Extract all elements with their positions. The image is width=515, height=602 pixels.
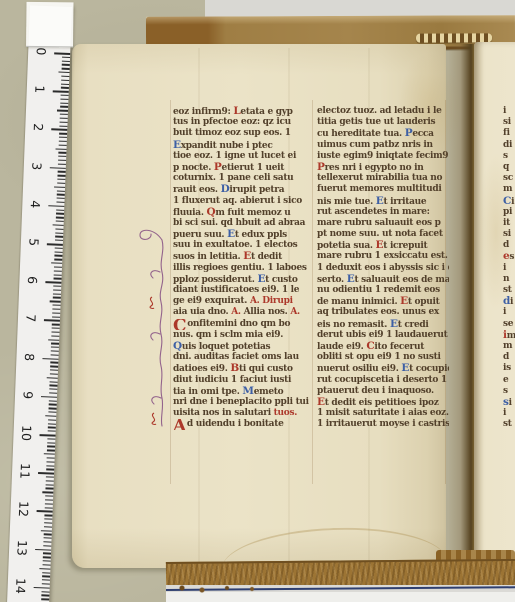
ruler-mm-tick bbox=[50, 369, 58, 371]
manuscript-page: eoz infirm9: Letata e gyptus in pfectoe … bbox=[72, 44, 446, 568]
ruler-mm-tick bbox=[41, 591, 49, 593]
ruler-number: 2 bbox=[30, 117, 46, 138]
ruler-mm-tick bbox=[55, 236, 63, 238]
text-segment: t dedit bbox=[251, 252, 282, 262]
manuscript-text-line: se bbox=[503, 319, 515, 330]
manuscript-text-line: Et dedit eis petitioes ipoz bbox=[317, 397, 449, 408]
ruler-mm-tick bbox=[61, 83, 69, 85]
manuscript-text-line: aq tribulates eos. unus ex bbox=[317, 307, 449, 318]
manuscript-text-line: laude ei9. Cito fecerut bbox=[317, 341, 449, 352]
colored-initial: E bbox=[390, 319, 398, 330]
text-segment: s bbox=[503, 386, 508, 396]
manuscript-text-line: pi bbox=[503, 207, 515, 218]
manuscript-text-line: Expandit nube i ptec bbox=[173, 140, 313, 151]
text-segment: m bbox=[503, 341, 512, 351]
ruler-mm-tick bbox=[44, 537, 52, 539]
text-segment: st bbox=[503, 419, 512, 429]
text-segment: n bbox=[503, 274, 509, 284]
manuscript-text-line: diant iustificatoes ei9. 1 le bbox=[173, 285, 313, 296]
ruler-mm-tick bbox=[46, 484, 54, 486]
ruler-number: 7 bbox=[23, 308, 39, 329]
ruler-mm-tick bbox=[46, 465, 54, 467]
manuscript-text-line: 1 misit saturitate i aias eoz. bbox=[317, 408, 449, 419]
manuscript-text-line: iuste egim9 iniqtate fecim9. bbox=[317, 151, 449, 162]
manuscript-text-line: s bbox=[503, 386, 515, 397]
text-segment: t credi bbox=[398, 320, 429, 330]
ruler-mm-tick bbox=[51, 350, 59, 352]
manuscript-text-line: tia in omi tpe. Memeto bbox=[173, 386, 313, 397]
text-segment: t dedit eis petitioes ipoz bbox=[325, 398, 439, 408]
ruler-cm-tick bbox=[34, 587, 50, 589]
text-segment: nu odientiu 1 redemit eos bbox=[317, 285, 440, 295]
ruler-mm-tick bbox=[60, 121, 68, 123]
text-segment: i bbox=[503, 106, 506, 116]
ruler-mm-tick bbox=[41, 530, 52, 532]
debris-specks bbox=[172, 585, 262, 593]
text-segment: ti qui custo bbox=[239, 364, 293, 374]
ruler-mm-tick bbox=[47, 457, 55, 459]
manuscript-text-line: s bbox=[503, 151, 515, 162]
manuscript-text-line: illis regioes gentiu. 1 laboes bbox=[173, 263, 313, 274]
colored-initial: E bbox=[257, 274, 265, 285]
text-segment: st bbox=[503, 285, 512, 295]
colored-initial: A. bbox=[231, 307, 241, 317]
ruler-mm-tick bbox=[56, 221, 64, 223]
ruler-mm-tick bbox=[53, 286, 61, 288]
manuscript-text-line: tellexerut mirabilia tua no bbox=[317, 173, 449, 184]
manuscript-text-line: nis mie tue. Et irritaue bbox=[317, 196, 449, 207]
ruler-mm-tick bbox=[51, 335, 59, 337]
manuscript-text-line: derut ubis ei9 1 laudauerut bbox=[317, 330, 449, 341]
text-segment: Allia nos. bbox=[241, 307, 291, 317]
manuscript-text-line: nri dne i beneplacito ppli tui bbox=[173, 397, 313, 408]
ruler-mm-tick bbox=[44, 515, 52, 517]
text-segment: di bbox=[503, 140, 512, 150]
ruler-mm-tick bbox=[41, 599, 49, 601]
manuscript-text-line: uisita nos in salutari tuos. bbox=[173, 408, 313, 419]
ruler-mm-tick bbox=[60, 106, 68, 108]
manuscript-text-line: Ci bbox=[503, 196, 515, 207]
text-segment: m fuit memoz u bbox=[215, 208, 290, 218]
manuscript-text-line: eoz infirm9: Letata e gyp bbox=[173, 106, 313, 117]
text-segment: rut cocupiscetia i deserto 1 te bbox=[317, 375, 449, 385]
text-segment: iuste egim9 iniqtate fecim9. bbox=[317, 151, 449, 161]
manuscript-text-line: titia getis tue ut lauderis bbox=[317, 117, 449, 128]
ruler-number: 1 bbox=[32, 79, 48, 100]
text-segment: coturnix. 1 pane celi satu bbox=[173, 173, 293, 183]
text-segment: dni. auditas faciet oms lau bbox=[173, 352, 299, 362]
ruler-mm-tick bbox=[58, 163, 66, 165]
ruler-mm-tick bbox=[58, 152, 66, 154]
text-segment: eis no remasit. bbox=[317, 320, 390, 330]
ruler-mm-tick bbox=[54, 255, 62, 257]
ruler-mm-tick bbox=[58, 171, 66, 173]
ruler-mm-tick bbox=[60, 114, 68, 116]
colored-initial: A. Dirupi bbox=[250, 296, 293, 306]
text-segment: ptauerut deu i inaquoso. bbox=[317, 386, 434, 396]
manuscript-text-line: fi bbox=[503, 128, 515, 139]
ruler-mm-tick bbox=[46, 476, 54, 478]
manuscript-text-line: di bbox=[503, 140, 515, 151]
text-segment: serto. bbox=[317, 275, 347, 285]
ruler-mm-tick bbox=[58, 156, 66, 158]
text-segment: datioes ei9. bbox=[173, 364, 230, 374]
text-segment: titia getis tue ut lauderis bbox=[317, 117, 435, 127]
ruler-mm-tick bbox=[57, 190, 65, 192]
ruler-cm-tick bbox=[51, 129, 67, 131]
ruler-mm-tick bbox=[58, 72, 69, 74]
text-segment: p nocte. bbox=[173, 163, 214, 173]
manuscript-text-line: Confitemini dno qm bo bbox=[173, 319, 313, 330]
manuscript-text-line: serto. Et saluauit eos de ma bbox=[317, 274, 449, 285]
text-segment: t custo bbox=[265, 275, 297, 285]
ruler-mm-tick bbox=[47, 450, 55, 452]
manuscript-text-line: mare rubru 1 exsiccatu est. bbox=[317, 251, 449, 262]
manuscript-text-line: i bbox=[503, 408, 515, 419]
text-segment: uis loquet potetias bbox=[182, 342, 270, 352]
ruler-mm-tick bbox=[52, 308, 60, 310]
text-segment: it bbox=[503, 218, 510, 228]
ruler-cm-tick bbox=[48, 205, 64, 207]
text-segment: 1 irritauerut moyse i castris bbox=[317, 419, 449, 429]
ruler-cm-tick bbox=[47, 243, 63, 245]
ruler-mm-tick bbox=[41, 595, 49, 597]
ruler-mm-tick bbox=[43, 541, 51, 543]
text-segment: tia in omi tpe. bbox=[173, 387, 242, 397]
text-segment: bi sci sui. qd hbuit ad abraa bbox=[173, 218, 305, 228]
text-segment: i bbox=[503, 307, 506, 317]
ruler-mm-tick bbox=[47, 377, 58, 379]
ruler-number: 4 bbox=[28, 194, 44, 215]
ruler-mm-tick bbox=[53, 224, 64, 226]
text-segment: pt nome suu. ut nota facet bbox=[317, 229, 443, 239]
ruler-mm-tick bbox=[59, 125, 67, 127]
ruler-mm-tick bbox=[58, 160, 66, 162]
text-segment: de manu inimici. bbox=[317, 297, 400, 307]
ruler-mm-tick bbox=[51, 331, 59, 333]
text-segment: t cocupie bbox=[409, 364, 449, 374]
ruler-number: 5 bbox=[26, 232, 42, 253]
manuscript-text-line: e bbox=[503, 375, 515, 386]
ruler-mm-tick bbox=[55, 232, 63, 234]
text-segment: suu in exultatoe. 1 electos bbox=[173, 240, 297, 250]
text-segment: diut iudiciu 1 faciut iusti bbox=[173, 375, 291, 385]
ruler-mm-tick bbox=[45, 495, 53, 497]
text-segment: ge ei9 exquirat. bbox=[173, 296, 250, 306]
ruler-cm-tick bbox=[45, 281, 61, 283]
ruler-mm-tick bbox=[59, 137, 67, 139]
text-segment: t edux ppls bbox=[235, 230, 287, 240]
text-segment: m bbox=[503, 184, 512, 194]
ruler-number: 9 bbox=[20, 385, 36, 406]
colored-initial: C bbox=[503, 196, 511, 207]
manuscript-text-line: i bbox=[503, 106, 515, 117]
text-segment: i bbox=[503, 408, 506, 418]
facing-page-edge: isifidisqscmCipiitsidesinstdiiseimmdises… bbox=[474, 42, 515, 558]
ruler-mm-tick bbox=[59, 140, 67, 142]
manuscript-text-line: rut ascendetes in mare: bbox=[317, 207, 449, 218]
manuscript-text-line: Ad uidendu i bonitate bbox=[173, 419, 313, 430]
text-segment: t irritaue bbox=[383, 197, 426, 207]
ruler-mm-tick bbox=[54, 266, 62, 268]
ruler-mm-tick bbox=[61, 79, 69, 81]
manuscript-text-line: potetia sua. Et icrepuit bbox=[317, 240, 449, 251]
ruler-mm-tick bbox=[54, 274, 62, 276]
ruler-mm-tick bbox=[53, 297, 61, 299]
ruler-mm-tick bbox=[52, 316, 60, 318]
ruler-mm-tick bbox=[48, 431, 56, 433]
ruler-mm-tick bbox=[57, 194, 65, 196]
ruler-mm-tick bbox=[62, 60, 70, 62]
manuscript-text-line: 1 deduxit eos i abyssis sic i de bbox=[317, 263, 449, 274]
rubric-margin-mark bbox=[148, 412, 160, 426]
manuscript-text-line: es bbox=[503, 251, 515, 262]
ruler-mm-tick bbox=[55, 247, 63, 249]
ruler-mm-tick bbox=[49, 389, 57, 391]
text-segment: is bbox=[503, 363, 511, 373]
text-segment: fluuia. bbox=[173, 208, 207, 218]
ruler-mm-tick bbox=[42, 579, 50, 581]
text-segment: aq tribulates eos. unus ex bbox=[317, 307, 439, 317]
manuscript-text-line: tus in pfectoe eoz: qz icu bbox=[173, 117, 313, 128]
manuscript-text-line: coturnix. 1 pane celi satu bbox=[173, 173, 313, 184]
text-segment: 1 misit saturitate i aias eoz. bbox=[317, 408, 449, 418]
text-segment: electoz tuoz. ad letadu i le bbox=[317, 106, 442, 116]
manuscript-text-line: rauit eos. Dirupit petra bbox=[173, 184, 313, 195]
ruler-mm-tick bbox=[44, 526, 52, 528]
ruler-number: 6 bbox=[25, 270, 41, 291]
manuscript-text-line: cu hereditate tua. Pecca bbox=[317, 128, 449, 139]
colored-initial: P bbox=[214, 162, 222, 173]
manuscript-text-line: nu odientiu 1 redemit eos bbox=[317, 285, 449, 296]
manuscript-text-line: nus. qm i sclm mia ei9. bbox=[173, 330, 313, 341]
text-segment: etierut 1 ueit bbox=[222, 163, 285, 173]
manuscript-photograph: { "colors": { "ink": "#52402b", "rubric_… bbox=[0, 0, 515, 602]
text-segment: t icrepuit bbox=[383, 241, 427, 251]
ruler-mm-tick bbox=[60, 98, 68, 100]
ruler-mm-tick bbox=[47, 446, 55, 448]
text-segment: potetia sua. bbox=[317, 241, 376, 251]
ruler-mm-tick bbox=[61, 95, 69, 97]
manuscript-text-line: si bbox=[503, 397, 515, 408]
ruler-mm-tick bbox=[44, 518, 52, 520]
manuscript-text-line: tioe eoz. 1 igne ut lucet ei bbox=[173, 151, 313, 162]
ruler-mm-tick bbox=[53, 289, 61, 291]
ruler-number: 11 bbox=[17, 461, 33, 482]
text-segment: d bbox=[503, 352, 509, 362]
manuscript-text-line: electoz tuoz. ad letadu i le bbox=[317, 106, 449, 117]
text-segment: i bbox=[509, 398, 512, 408]
text-segment: rauit eos. bbox=[173, 185, 221, 195]
manuscript-text-line: i bbox=[503, 263, 515, 274]
text-segment: m bbox=[507, 331, 515, 341]
text-segment: mare rubru 1 exsiccatu est. bbox=[317, 251, 448, 261]
ruler-mm-tick bbox=[62, 64, 70, 66]
manuscript-text-line: sc bbox=[503, 173, 515, 184]
ruler-mm-tick bbox=[48, 427, 56, 429]
ruler-mm-tick bbox=[57, 198, 65, 200]
manuscript-text-line: st bbox=[503, 419, 515, 430]
text-segment: 1 deduxit eos i abyssis sic i de bbox=[317, 263, 449, 273]
text-segment: eoz infirm9: bbox=[173, 107, 233, 117]
ruler-mm-tick bbox=[49, 392, 57, 394]
colored-initial: E bbox=[173, 140, 181, 151]
ruler-mm-tick bbox=[49, 400, 57, 402]
ruler-mm-tick bbox=[43, 564, 51, 566]
text-segment: aia uia dno. bbox=[173, 307, 231, 317]
manuscript-text-line: it bbox=[503, 218, 515, 229]
text-segment: res nri i egypto no in bbox=[325, 163, 424, 173]
text-segment: nus. qm i sclm mia ei9. bbox=[173, 330, 283, 340]
ruler-mm-tick bbox=[55, 251, 63, 253]
manuscript-text-line: fluuia. Qm fuit memoz u bbox=[173, 207, 313, 218]
ruler-mm-tick bbox=[52, 305, 60, 307]
text-segment: si bbox=[503, 229, 511, 239]
ruler-mm-tick bbox=[54, 270, 62, 272]
manuscript-text-line: d bbox=[503, 352, 515, 363]
ruler-mm-tick bbox=[51, 262, 62, 264]
text-segment: etata e gyp bbox=[240, 107, 292, 117]
text-segment: emeto bbox=[254, 387, 284, 397]
text-segment: tellexerut mirabilia tua no bbox=[317, 173, 442, 183]
text-segment: pueru suu. bbox=[173, 230, 227, 240]
text-segment: uisita nos in salutari bbox=[173, 408, 274, 418]
ruler-mm-tick bbox=[42, 576, 50, 578]
manuscript-text-line: si bbox=[503, 117, 515, 128]
manuscript-text-line: Quis loquet potetias bbox=[173, 341, 313, 352]
ruler-cm-tick bbox=[50, 167, 66, 169]
ruler-number: 8 bbox=[22, 346, 38, 367]
ruler-cm-tick bbox=[53, 91, 69, 93]
ruler-mm-tick bbox=[53, 293, 61, 295]
ruler-mm-tick bbox=[50, 301, 61, 303]
text-segment: fuerut memores multitudi bbox=[317, 184, 441, 194]
ruler-mm-tick bbox=[50, 381, 58, 383]
text-segment: d uidendu i bonitate bbox=[187, 419, 284, 429]
text-segment: ecca bbox=[412, 129, 433, 139]
ruler-mm-tick bbox=[49, 404, 57, 406]
text-segment: q bbox=[503, 162, 509, 172]
ruler-mm-tick bbox=[42, 492, 53, 494]
ruler-mm-tick bbox=[49, 408, 57, 410]
manuscript-text-line: obliti st opu ei9 1 no susti bbox=[317, 352, 449, 363]
text-segment: i bbox=[503, 263, 506, 273]
manuscript-text-line: pueru suu. Et edux ppls bbox=[173, 229, 313, 240]
ruler-mm-tick bbox=[39, 568, 50, 570]
text-segment: i bbox=[510, 297, 513, 307]
manuscript-text-line: q bbox=[503, 162, 515, 173]
ruler-mm-tick bbox=[59, 133, 67, 135]
ruler-cm-tick bbox=[35, 549, 51, 551]
colored-initial: E bbox=[400, 296, 408, 307]
manuscript-text-line: im bbox=[503, 330, 515, 341]
text-segment: uimus cum patbz nris in bbox=[317, 140, 433, 150]
colored-initial: d bbox=[503, 296, 510, 307]
ruler-mm-tick bbox=[57, 182, 65, 184]
ruler-cm-tick bbox=[41, 396, 57, 398]
manuscript-text-line: 1 irritauerut moyse i castris bbox=[317, 419, 449, 430]
manuscript-text-line: fuerut memores multitudi bbox=[317, 184, 449, 195]
manuscript-text-line: bi sci sui. qd hbuit ad abraa bbox=[173, 218, 313, 229]
ruler-mm-tick bbox=[51, 354, 59, 356]
manuscript-text-line: i bbox=[503, 307, 515, 318]
ruler-mm-tick bbox=[45, 488, 53, 490]
ruler-number: 13 bbox=[14, 537, 30, 558]
text-segment: 1 fluxerut aq. abierut i sico bbox=[173, 196, 302, 206]
ruler-mm-tick bbox=[56, 213, 64, 215]
ruler-mm-tick bbox=[57, 179, 65, 181]
text-segment: laude ei9. bbox=[317, 342, 366, 352]
ruler-mm-tick bbox=[45, 503, 53, 505]
colored-initial: E bbox=[401, 363, 409, 374]
text-segment: nuerut osiliu ei9. bbox=[317, 364, 401, 374]
text-segment: s bbox=[503, 151, 508, 161]
page-gutter-shadow bbox=[444, 44, 474, 564]
ruler-mm-tick bbox=[62, 68, 70, 70]
ruler-mm-tick bbox=[46, 469, 54, 471]
manuscript-text-line: rut cocupiscetia i deserto 1 te bbox=[317, 375, 449, 386]
text-segment: s bbox=[509, 252, 514, 262]
manuscript-text-line: is bbox=[503, 363, 515, 374]
manuscript-text-line: dni. auditas faciet oms lau bbox=[173, 352, 313, 363]
ruler-mm-tick bbox=[54, 186, 65, 188]
ruler-mm-tick bbox=[60, 118, 68, 120]
penwork-flourish-decoration bbox=[132, 226, 176, 438]
manuscript-text-line: eis no remasit. Et credi bbox=[317, 319, 449, 330]
ruler-mm-tick bbox=[56, 209, 64, 211]
ruler-mm-tick bbox=[57, 175, 65, 177]
ruler-number: 14 bbox=[13, 575, 29, 596]
ruler-mm-tick bbox=[43, 557, 51, 559]
text-segment: xpandit nube i ptec bbox=[181, 141, 273, 151]
manuscript-text-line: ge ei9 exquirat. A. Dirupi bbox=[173, 296, 313, 307]
manuscript-text-line: datioes ei9. Bti qui custo bbox=[173, 363, 313, 374]
ruler-mm-tick bbox=[44, 522, 52, 524]
text-segment: derut ubis ei9 1 laudauerut bbox=[317, 330, 448, 340]
text-segment: i bbox=[511, 197, 514, 207]
ruler-mm-tick bbox=[56, 148, 67, 150]
ruler-mm-tick bbox=[42, 583, 50, 585]
ruler-mm-tick bbox=[48, 419, 56, 421]
text-segment: onfitemini dno qm bo bbox=[187, 319, 290, 329]
manuscript-text-line: pploz possiderut. Et custo bbox=[173, 274, 313, 285]
ruler-mm-tick bbox=[48, 423, 56, 425]
text-segment: obliti st opu ei9 1 no susti bbox=[317, 352, 441, 362]
ruler-mm-tick bbox=[52, 312, 60, 314]
ruler-mm-tick bbox=[46, 461, 54, 463]
manuscript-text-line: buit timoz eoz sup eos. 1 bbox=[173, 128, 313, 139]
manuscript-text-line: suos in letitia. Et dedit bbox=[173, 251, 313, 262]
manuscript-text-line: Pres nri i egypto no in bbox=[317, 162, 449, 173]
text-segment: tioe eoz. 1 igne ut lucet ei bbox=[173, 151, 296, 161]
table-surface-lower bbox=[166, 592, 515, 602]
text-column-left: eoz infirm9: Letata e gyptus in pfectoe … bbox=[173, 106, 313, 430]
manuscript-text-line: de manu inimici. Et opuit bbox=[317, 296, 449, 307]
manuscript-text-line: ptauerut deu i inaquoso. bbox=[317, 386, 449, 397]
manuscript-text-line: nuerut osiliu ei9. Et cocupie bbox=[317, 363, 449, 374]
manuscript-text-line: st bbox=[503, 285, 515, 296]
ruler-cm-tick bbox=[42, 358, 58, 360]
colored-initial: E bbox=[243, 251, 251, 262]
text-segment: buit timoz eoz sup eos. 1 bbox=[173, 128, 291, 138]
ruler-mm-tick bbox=[48, 339, 59, 341]
manuscript-text-line: mare rubru saluauit eos p bbox=[317, 218, 449, 229]
ruler-number: 3 bbox=[29, 156, 45, 177]
colored-initial: E bbox=[227, 229, 235, 240]
colored-initial: M bbox=[242, 386, 253, 397]
ruler-mm-tick bbox=[59, 144, 67, 146]
ruler-mm-tick bbox=[42, 572, 50, 574]
